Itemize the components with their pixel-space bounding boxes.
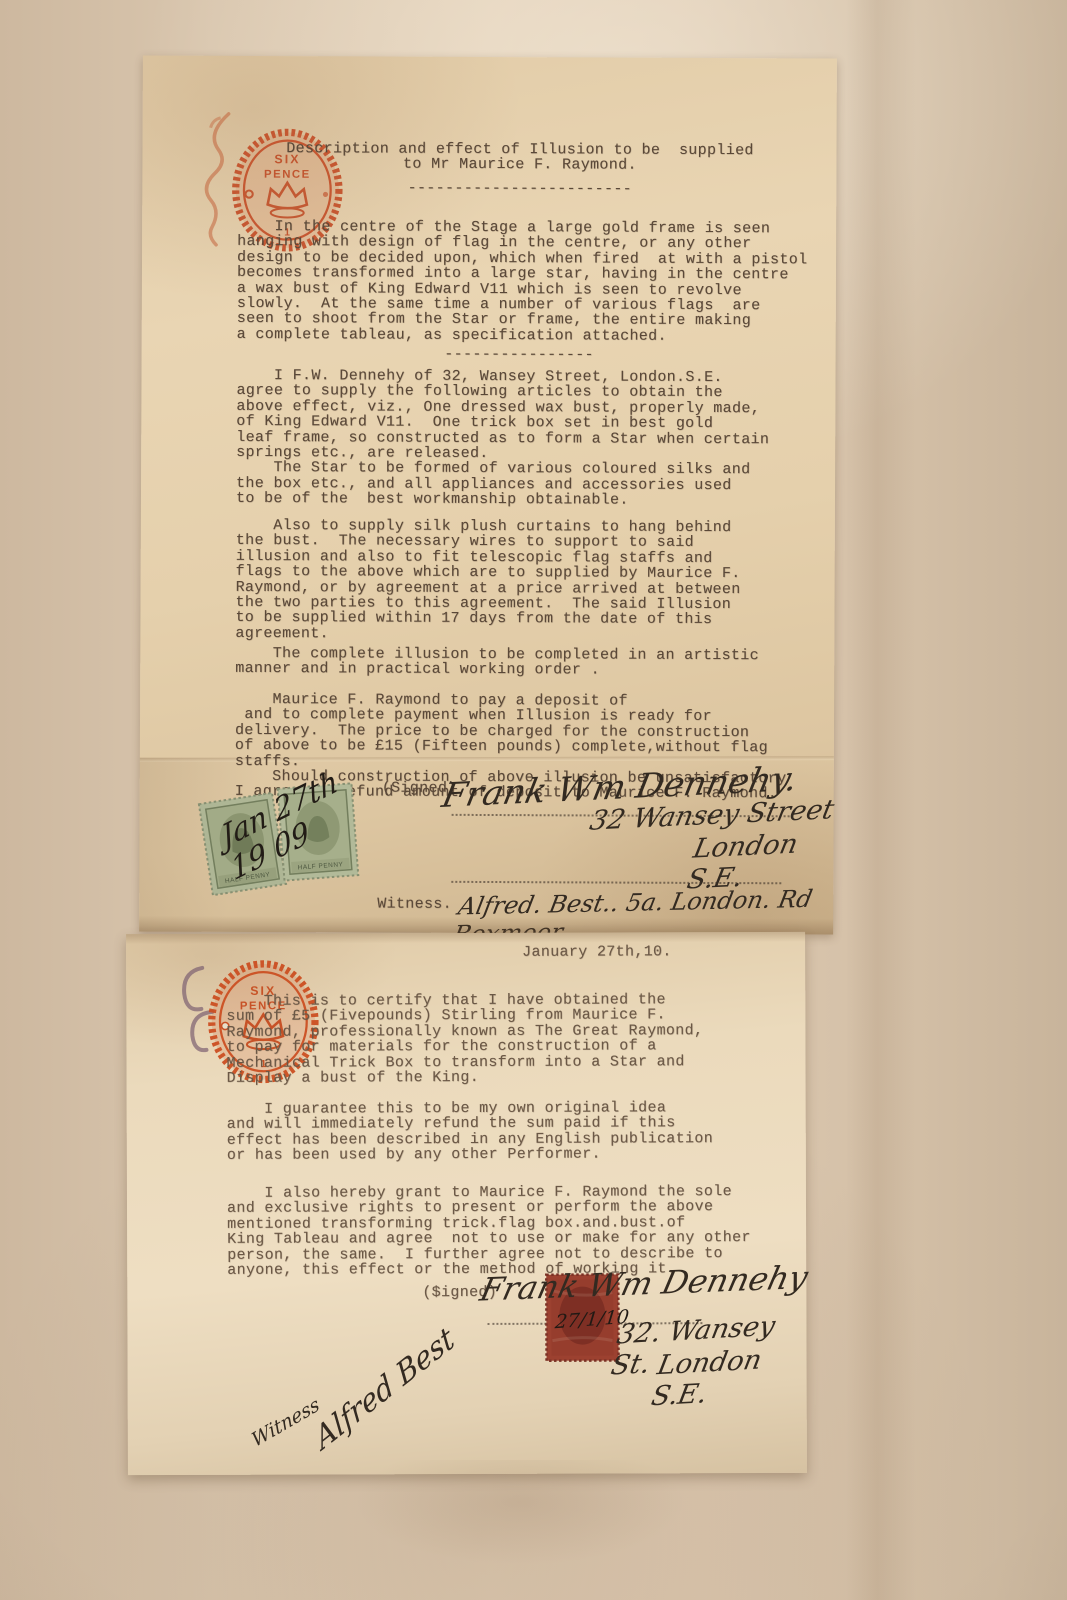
document-1: SIX PENCE 1 Description and effect of Il… [139, 55, 837, 934]
doc1-paragraph-1: In the centre of the Stage a large gold … [237, 219, 838, 345]
doc1-paragraph-3: Also to supply silk plush curtains to ha… [235, 518, 836, 644]
doc2-date: January 27th,10. [522, 944, 672, 960]
wall-shadow [846, 0, 916, 1600]
doc1-title: Description and effect of Illusion to be… [232, 141, 807, 174]
doc2-paragraph-1: This is to certify that I have obtained … [226, 992, 806, 1086]
doc1-paragraph-4: The complete illusion to be completed in… [235, 646, 835, 679]
doc2-witness-signature: Alfred Best [310, 1320, 460, 1458]
document-2: SIX PENCE 1 January 27th,10. This is to … [126, 932, 807, 1475]
doc2-paragraph-2: I guarantee this to be my own original i… [227, 1100, 807, 1164]
second-dotted-line [451, 881, 781, 884]
doc1-witness-label: Witness. [377, 897, 452, 913]
photo-of-documents: SIX PENCE 1 Description and effect of Il… [0, 0, 1067, 1600]
floor-shadow [300, 1460, 740, 1600]
doc1-divider-2: ---------------- [232, 346, 807, 364]
doc1-paragraph-2: I F.W. Dennehy of 32, Wansey Street, Lon… [236, 368, 837, 509]
doc2-address-2: London S.E. [649, 1342, 814, 1412]
doc1-divider-1: ------------------------ [232, 180, 807, 198]
